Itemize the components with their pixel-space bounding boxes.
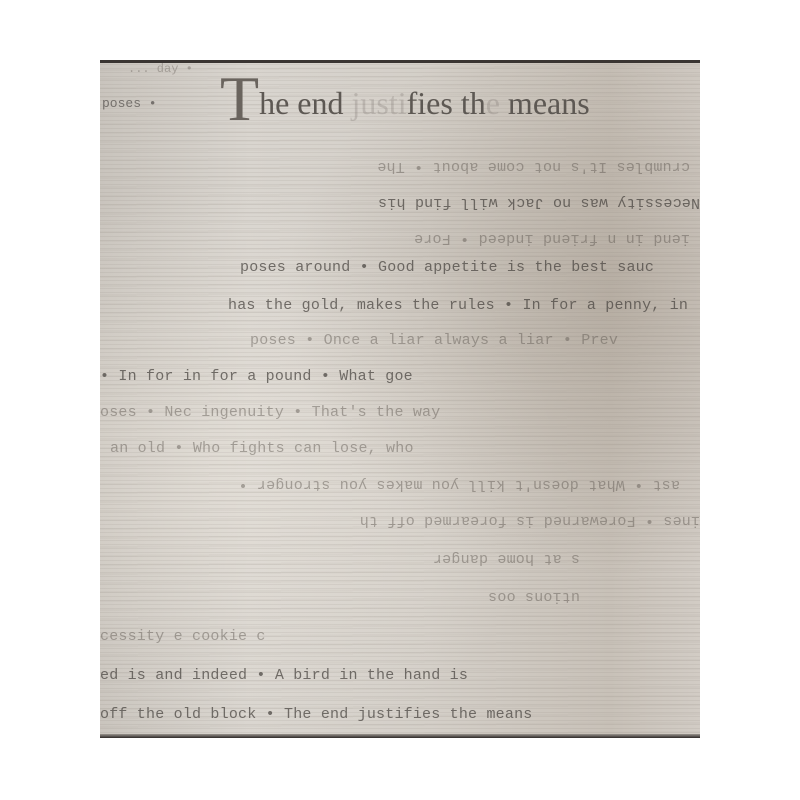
mirrored-line: s at home danger: [100, 550, 580, 567]
proverb-line: has the gold, makes the rules • In for a…: [228, 297, 688, 314]
headline: The end justifies the means: [220, 62, 590, 136]
proverb-line: an old • Who fights can lose, who: [110, 440, 414, 457]
proverb-line: oses • Nec ingenuity • That's the way: [100, 404, 440, 421]
mirrored-line: utions oos: [100, 588, 580, 605]
headline-ghost2: e: [486, 85, 500, 121]
headline-part1: he end: [259, 85, 351, 121]
headline-part2: fies th: [407, 85, 486, 121]
headline-ghost: justi: [352, 85, 407, 121]
proverb-line: • In for in for a pound • What goe: [100, 368, 413, 385]
mirrored-line: ast • What doesn't kill you makes you st…: [100, 476, 680, 493]
proverb-line: poses around • Good appetite is the best…: [240, 259, 654, 276]
tile-photo: ... day • poses • The end justifies the …: [100, 60, 700, 738]
proverb-line: poses • Once a liar always a liar • Prev: [250, 332, 618, 349]
headline-prefix: poses •: [102, 96, 157, 111]
mirrored-line: crumbles It's not come about • The: [220, 158, 690, 175]
proverb-line: off the old block • The end justifies th…: [100, 706, 532, 723]
mirrored-line: ines • Forewarned is forearmed off th: [100, 512, 700, 529]
mirrored-line: iend in n friend indeed • Fore: [210, 230, 690, 247]
headline-dropcap: T: [220, 63, 259, 134]
headline-prefix-top: ... day •: [128, 62, 193, 76]
photo-bottom-edge: [100, 734, 700, 738]
proverb-line: cessity e cookie c: [100, 628, 266, 645]
proverb-line: ed is and indeed • A bird in the hand is: [100, 667, 468, 684]
mirrored-line: Necessity was no Jack will find his: [210, 194, 700, 211]
headline-part3: means: [500, 85, 590, 121]
